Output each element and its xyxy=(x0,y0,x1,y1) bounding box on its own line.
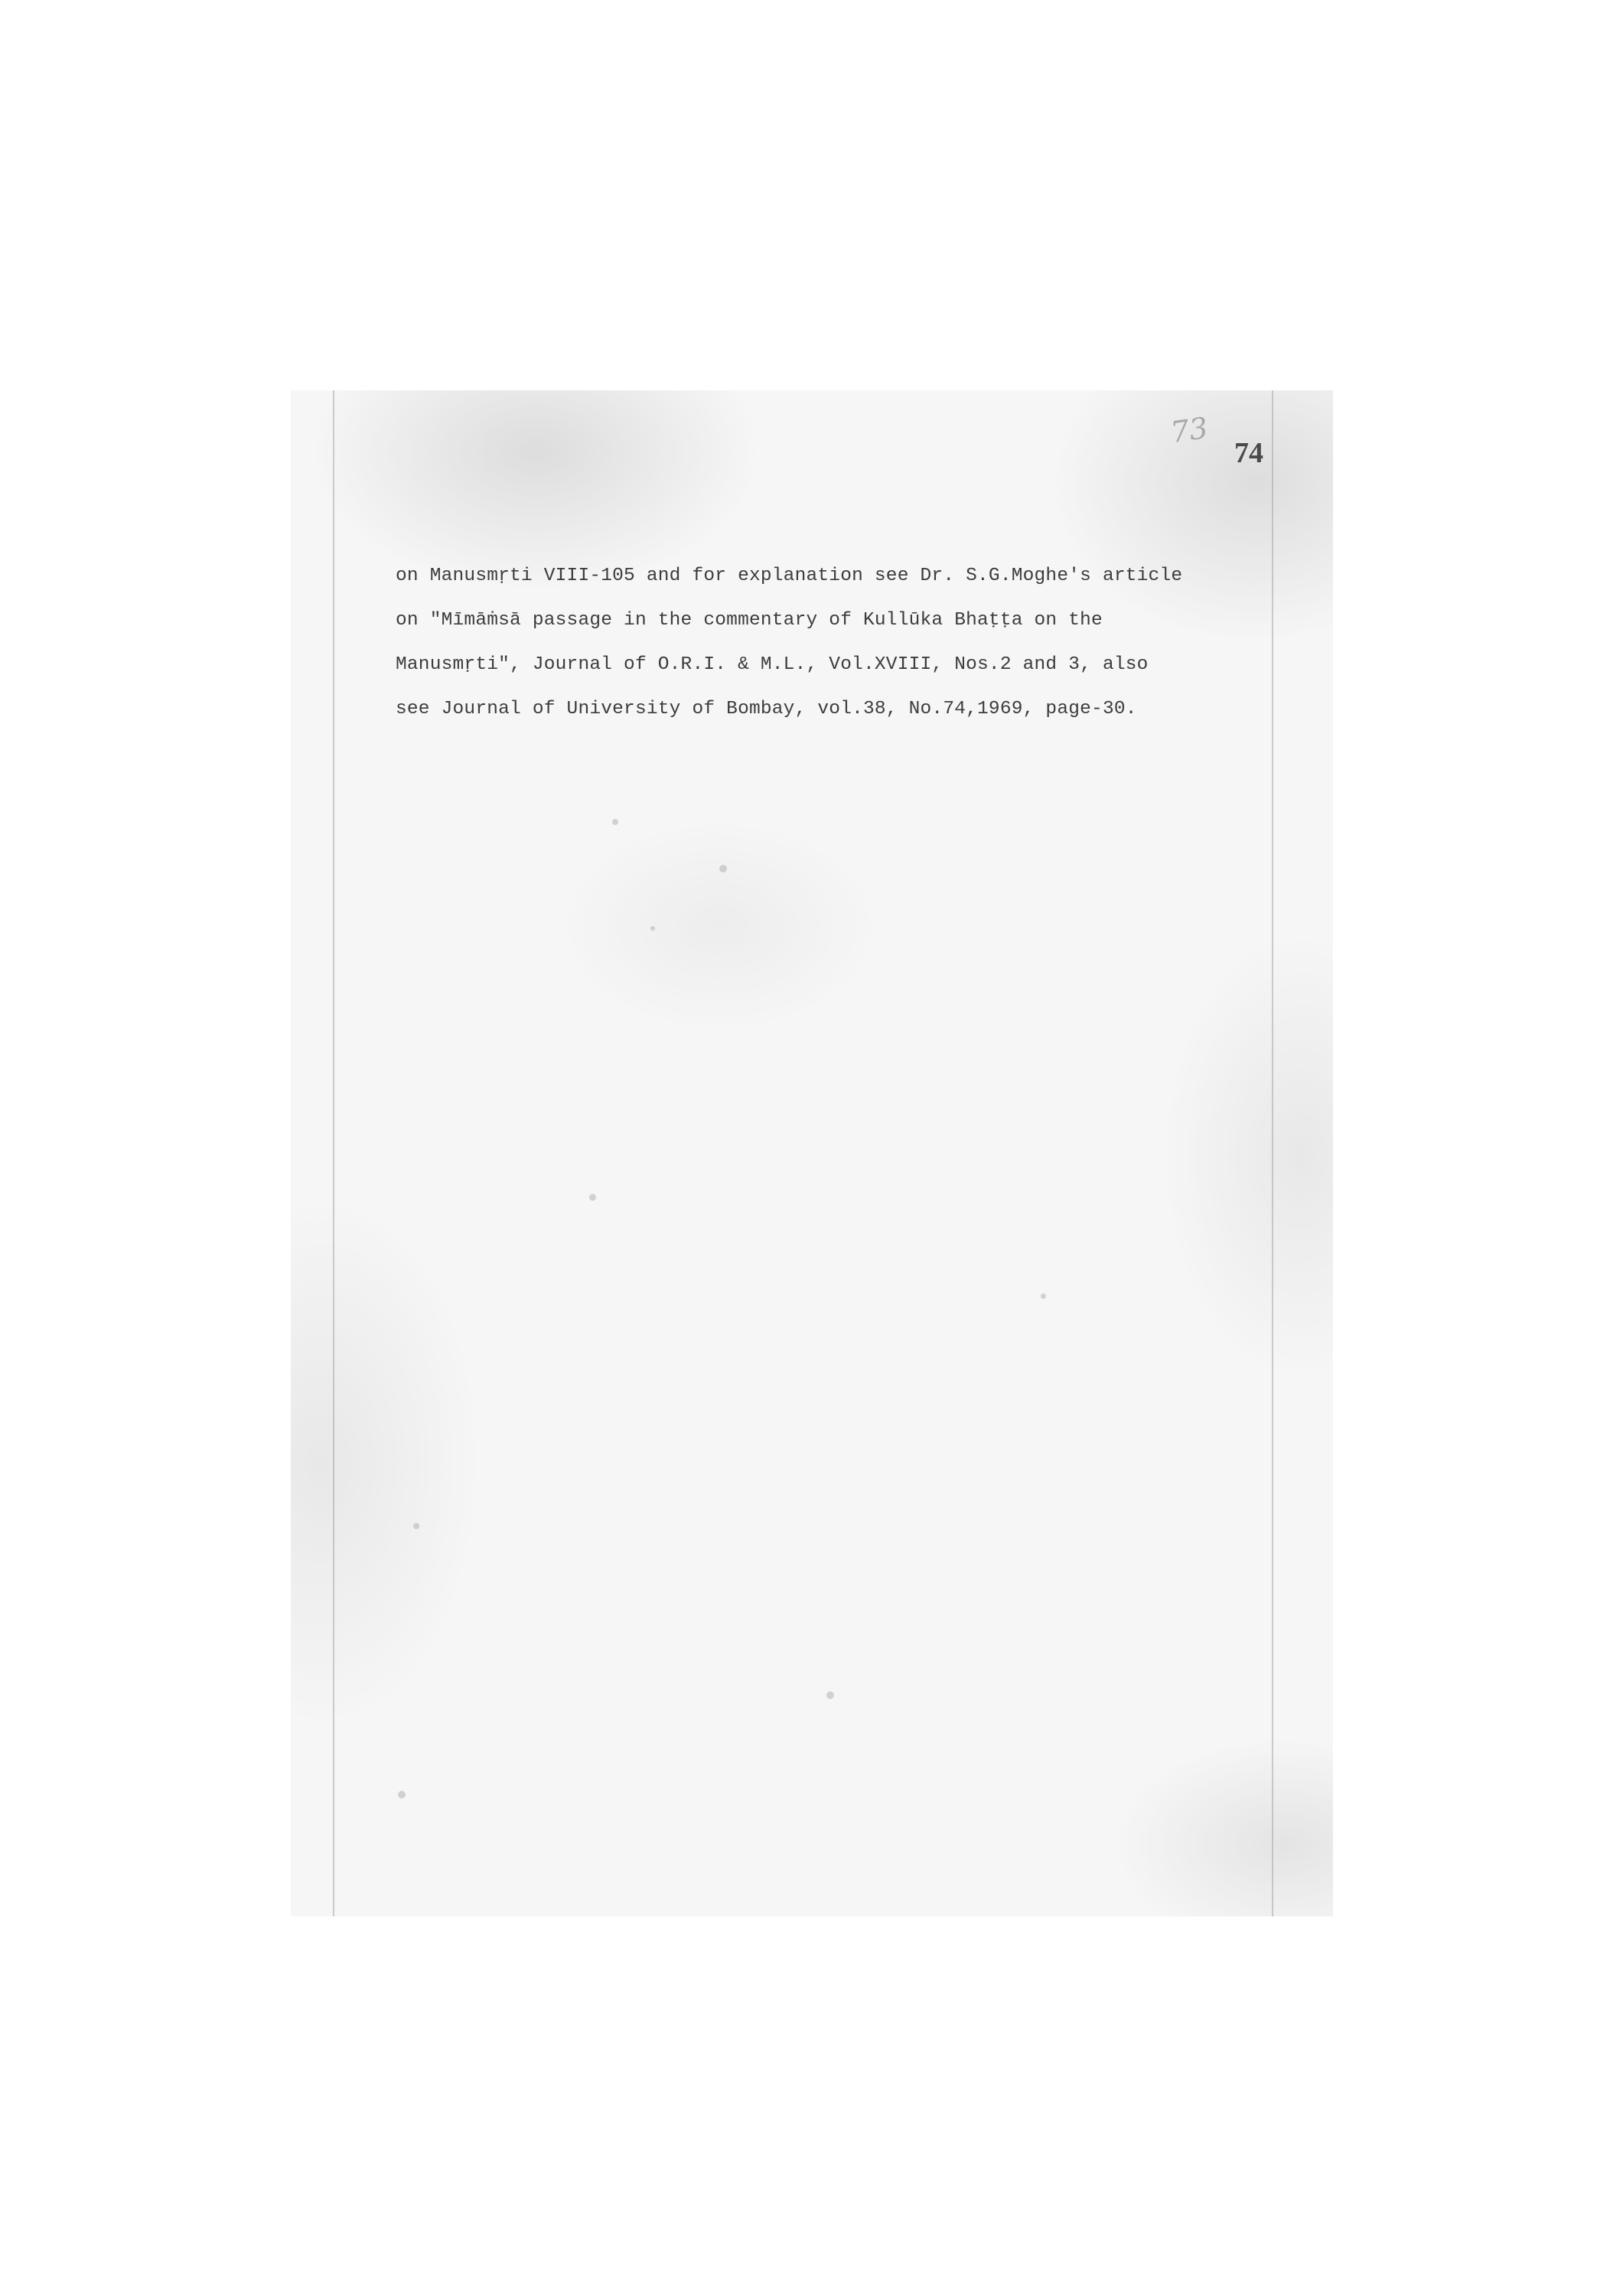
handwritten-page-note: 73 xyxy=(1168,411,1210,449)
scan-speck xyxy=(650,926,655,931)
left-margin-line xyxy=(333,390,334,1916)
text-line: Manusmṛti", Journal of O.R.I. & M.L., Vo… xyxy=(396,643,1314,687)
scan-speck xyxy=(1041,1293,1046,1299)
page-number: 74 xyxy=(1234,436,1263,470)
scan-speck xyxy=(719,865,727,872)
scan-speck xyxy=(589,1194,596,1201)
text-line: on "Mīmāṁsā passage in the commentary of… xyxy=(396,598,1314,643)
footnote-text: on Manusmṛti VIII-105 and for explanatio… xyxy=(396,554,1314,732)
text-line: see Journal of University of Bombay, vol… xyxy=(396,687,1314,732)
scan-speck xyxy=(398,1791,406,1799)
scan-speck xyxy=(826,1691,834,1699)
scan-speck xyxy=(413,1523,419,1529)
text-line: on Manusmṛti VIII-105 and for explanatio… xyxy=(396,554,1314,598)
scan-speck xyxy=(612,819,618,825)
